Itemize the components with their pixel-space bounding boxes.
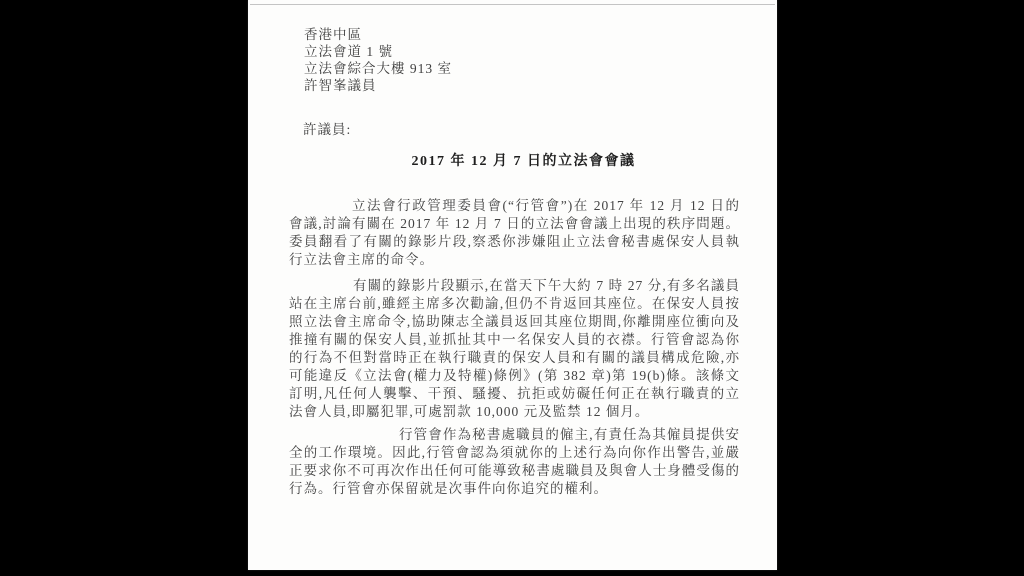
paragraph-incident-details: 有關的錄影片段顯示,在當天下午大約 7 時 27 分,有多名議員站在主席台前,雖… xyxy=(289,277,740,421)
paragraph-meeting-discussion: 立法會行政管理委員會(“行管會”)在 2017 年 12 月 12 日的會議,討… xyxy=(289,197,740,269)
letter-content: 香港中區 立法會道 1 號 立法會綜合大樓 913 室 許智峯議員 許議員: 2… xyxy=(248,0,777,570)
address-line-district: 香港中區 xyxy=(304,26,740,43)
subject-title: 2017 年 12 月 7 日的立法會會議 xyxy=(307,153,740,171)
scanned-letter-page: 香港中區 立法會道 1 號 立法會綜合大樓 913 室 許智峯議員 許議員: 2… xyxy=(248,0,777,570)
address-line-room: 立法會綜合大樓 913 室 xyxy=(304,60,740,77)
address-line-street: 立法會道 1 號 xyxy=(304,43,740,60)
salutation: 許議員: xyxy=(303,121,740,139)
screen-background: 香港中區 立法會道 1 號 立法會綜合大樓 913 室 許智峯議員 許議員: 2… xyxy=(0,0,1024,576)
address-line-recipient-name: 許智峯議員 xyxy=(304,77,740,94)
recipient-address-block: 香港中區 立法會道 1 號 立法會綜合大樓 913 室 許智峯議員 xyxy=(304,26,740,94)
paragraph-warning: 行管會作為秘書處職員的僱主,有責任為其僱員提供安全的工作環境。因此,行管會認為須… xyxy=(289,426,740,498)
